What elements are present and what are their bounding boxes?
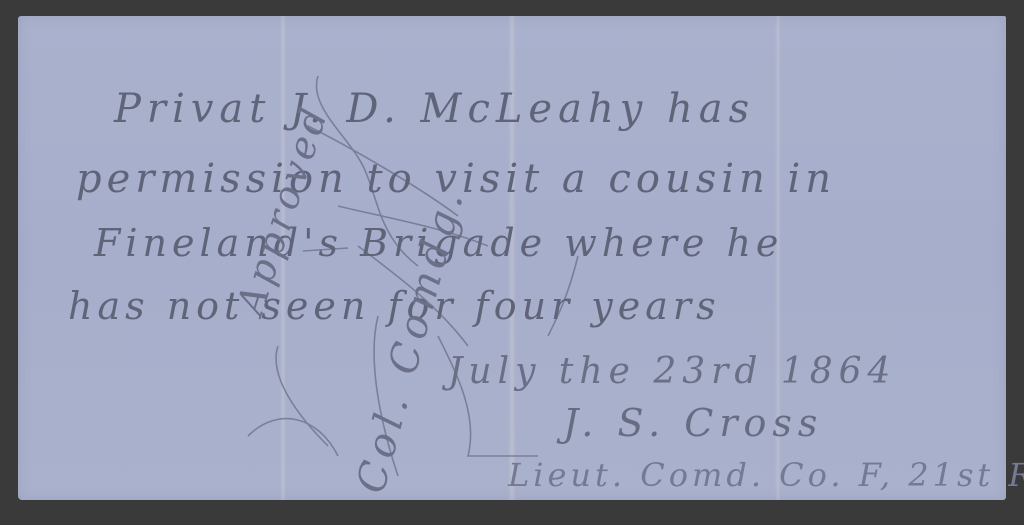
note-line-1: Privat J. D. McLeahy has [114,86,755,132]
signature: J. S. Cross [563,401,823,445]
signature-title: Lieut. Comd. Co. F, 21st Regt [508,456,1024,494]
date-line: July the 23rd 1864 [448,351,896,392]
document-paper: Privat J. D. McLeahy has permission to v… [18,16,1006,500]
